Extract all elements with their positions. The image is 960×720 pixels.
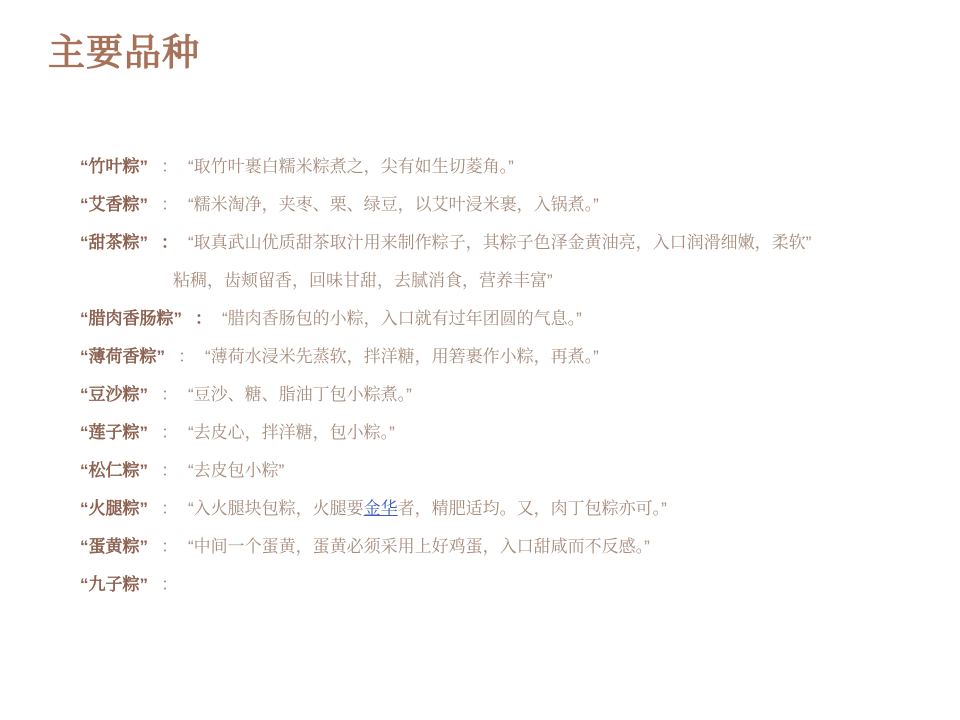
description-text-post: 者，精肥适均。又，肉丁包粽亦可。”: [398, 499, 667, 518]
colon: ：: [161, 148, 178, 186]
list-item: “蛋黄粽”：“中间一个蛋黄，蛋黄必须采用上好鸡蛋，入口甜咸而不反感。”: [80, 528, 811, 566]
variety-description: “腊肉香肠包的小粽，入口就有过年团圆的气息。”: [222, 309, 582, 328]
colon: ：: [161, 414, 178, 452]
list-item: “艾香粽”：“糯米淘净，夹枣、栗、绿豆，以艾叶浸米裹，入锅煮。”: [80, 186, 811, 224]
variety-description: “去皮心，拌洋糖，包小粽。”: [188, 423, 395, 442]
variety-name: “艾香粽”: [80, 195, 148, 214]
colon: ：: [178, 338, 195, 376]
presentation-slide: 主要品种 “竹叶粽”：“取竹叶裹白糯米粽煮之，尖有如生切菱角。” “艾香粽”：“…: [0, 0, 960, 720]
variety-description: “薄荷水浸米先蒸软，拌洋糖，用箬裹作小粽，再煮。”: [205, 347, 599, 366]
colon: ：: [161, 186, 178, 224]
list-item: “火腿粽”：“入火腿块包粽，火腿要金华者，精肥适均。又，肉丁包粽亦可。”: [80, 490, 811, 528]
variety-description-continuation: 粘稠，齿颊留香，回味甘甜，去腻消食，营养丰富”: [80, 262, 811, 300]
list-item: “竹叶粽”：“取竹叶裹白糯米粽煮之，尖有如生切菱角。”: [80, 148, 811, 186]
colon: ：: [161, 452, 178, 490]
variety-description: “去皮包小粽”: [188, 461, 284, 480]
list-item: “甜茶粽”：“取真武山优质甜茶取汁用来制作粽子，其粽子色泽金黄油亮，入口润滑细嫩…: [80, 224, 811, 300]
variety-description: “豆沙、糖、脂油丁包小粽煮。”: [188, 385, 412, 404]
colon: ：: [161, 566, 178, 604]
list-item: “莲子粽”：“去皮心，拌洋糖，包小粽。”: [80, 414, 811, 452]
variety-description: “取真武山优质甜茶取汁用来制作粽子，其粽子色泽金黄油亮，入口润滑细嫩，柔软”: [188, 233, 811, 252]
variety-description: “糯米淘净，夹枣、栗、绿豆，以艾叶浸米裹，入锅煮。”: [188, 195, 599, 214]
variety-name: “腊肉香肠粽”: [80, 309, 182, 328]
variety-name: “莲子粽”: [80, 423, 148, 442]
variety-description: “入火腿块包粽，火腿要金华者，精肥适均。又，肉丁包粽亦可。”: [188, 499, 667, 518]
list-item: “豆沙粽”：“豆沙、糖、脂油丁包小粽煮。”: [80, 376, 811, 414]
variety-name: “松仁粽”: [80, 461, 148, 480]
colon: ：: [161, 490, 178, 528]
variety-list: “竹叶粽”：“取竹叶裹白糯米粽煮之，尖有如生切菱角。” “艾香粽”：“糯米淘净，…: [80, 148, 811, 604]
colon: ：: [195, 300, 212, 338]
jinhua-hyperlink[interactable]: 金华: [364, 499, 398, 518]
description-text-pre: “入火腿块包粽，火腿要: [188, 499, 364, 518]
variety-description: “取竹叶裹白糯米粽煮之，尖有如生切菱角。”: [188, 157, 514, 176]
variety-name: “蛋黄粽”: [80, 537, 148, 556]
variety-description: “中间一个蛋黄，蛋黄必须采用上好鸡蛋，入口甜咸而不反感。”: [188, 537, 650, 556]
variety-name: “竹叶粽”: [80, 157, 148, 176]
variety-name: “九子粽”: [80, 575, 148, 594]
variety-name: “甜茶粽”: [80, 233, 148, 252]
list-item: “薄荷香粽”：“薄荷水浸米先蒸软，拌洋糖，用箬裹作小粽，再煮。”: [80, 338, 811, 376]
variety-name: “豆沙粽”: [80, 385, 148, 404]
list-item: “腊肉香肠粽”：“腊肉香肠包的小粽，入口就有过年团圆的气息。”: [80, 300, 811, 338]
list-item: “九子粽”：: [80, 566, 811, 604]
page-title: 主要品种: [48, 33, 200, 74]
list-item: “松仁粽”：“去皮包小粽”: [80, 452, 811, 490]
colon: ：: [161, 376, 178, 414]
colon: ：: [161, 224, 178, 262]
colon: ：: [161, 528, 178, 566]
variety-name: “薄荷香粽”: [80, 347, 165, 366]
variety-name: “火腿粽”: [80, 499, 148, 518]
